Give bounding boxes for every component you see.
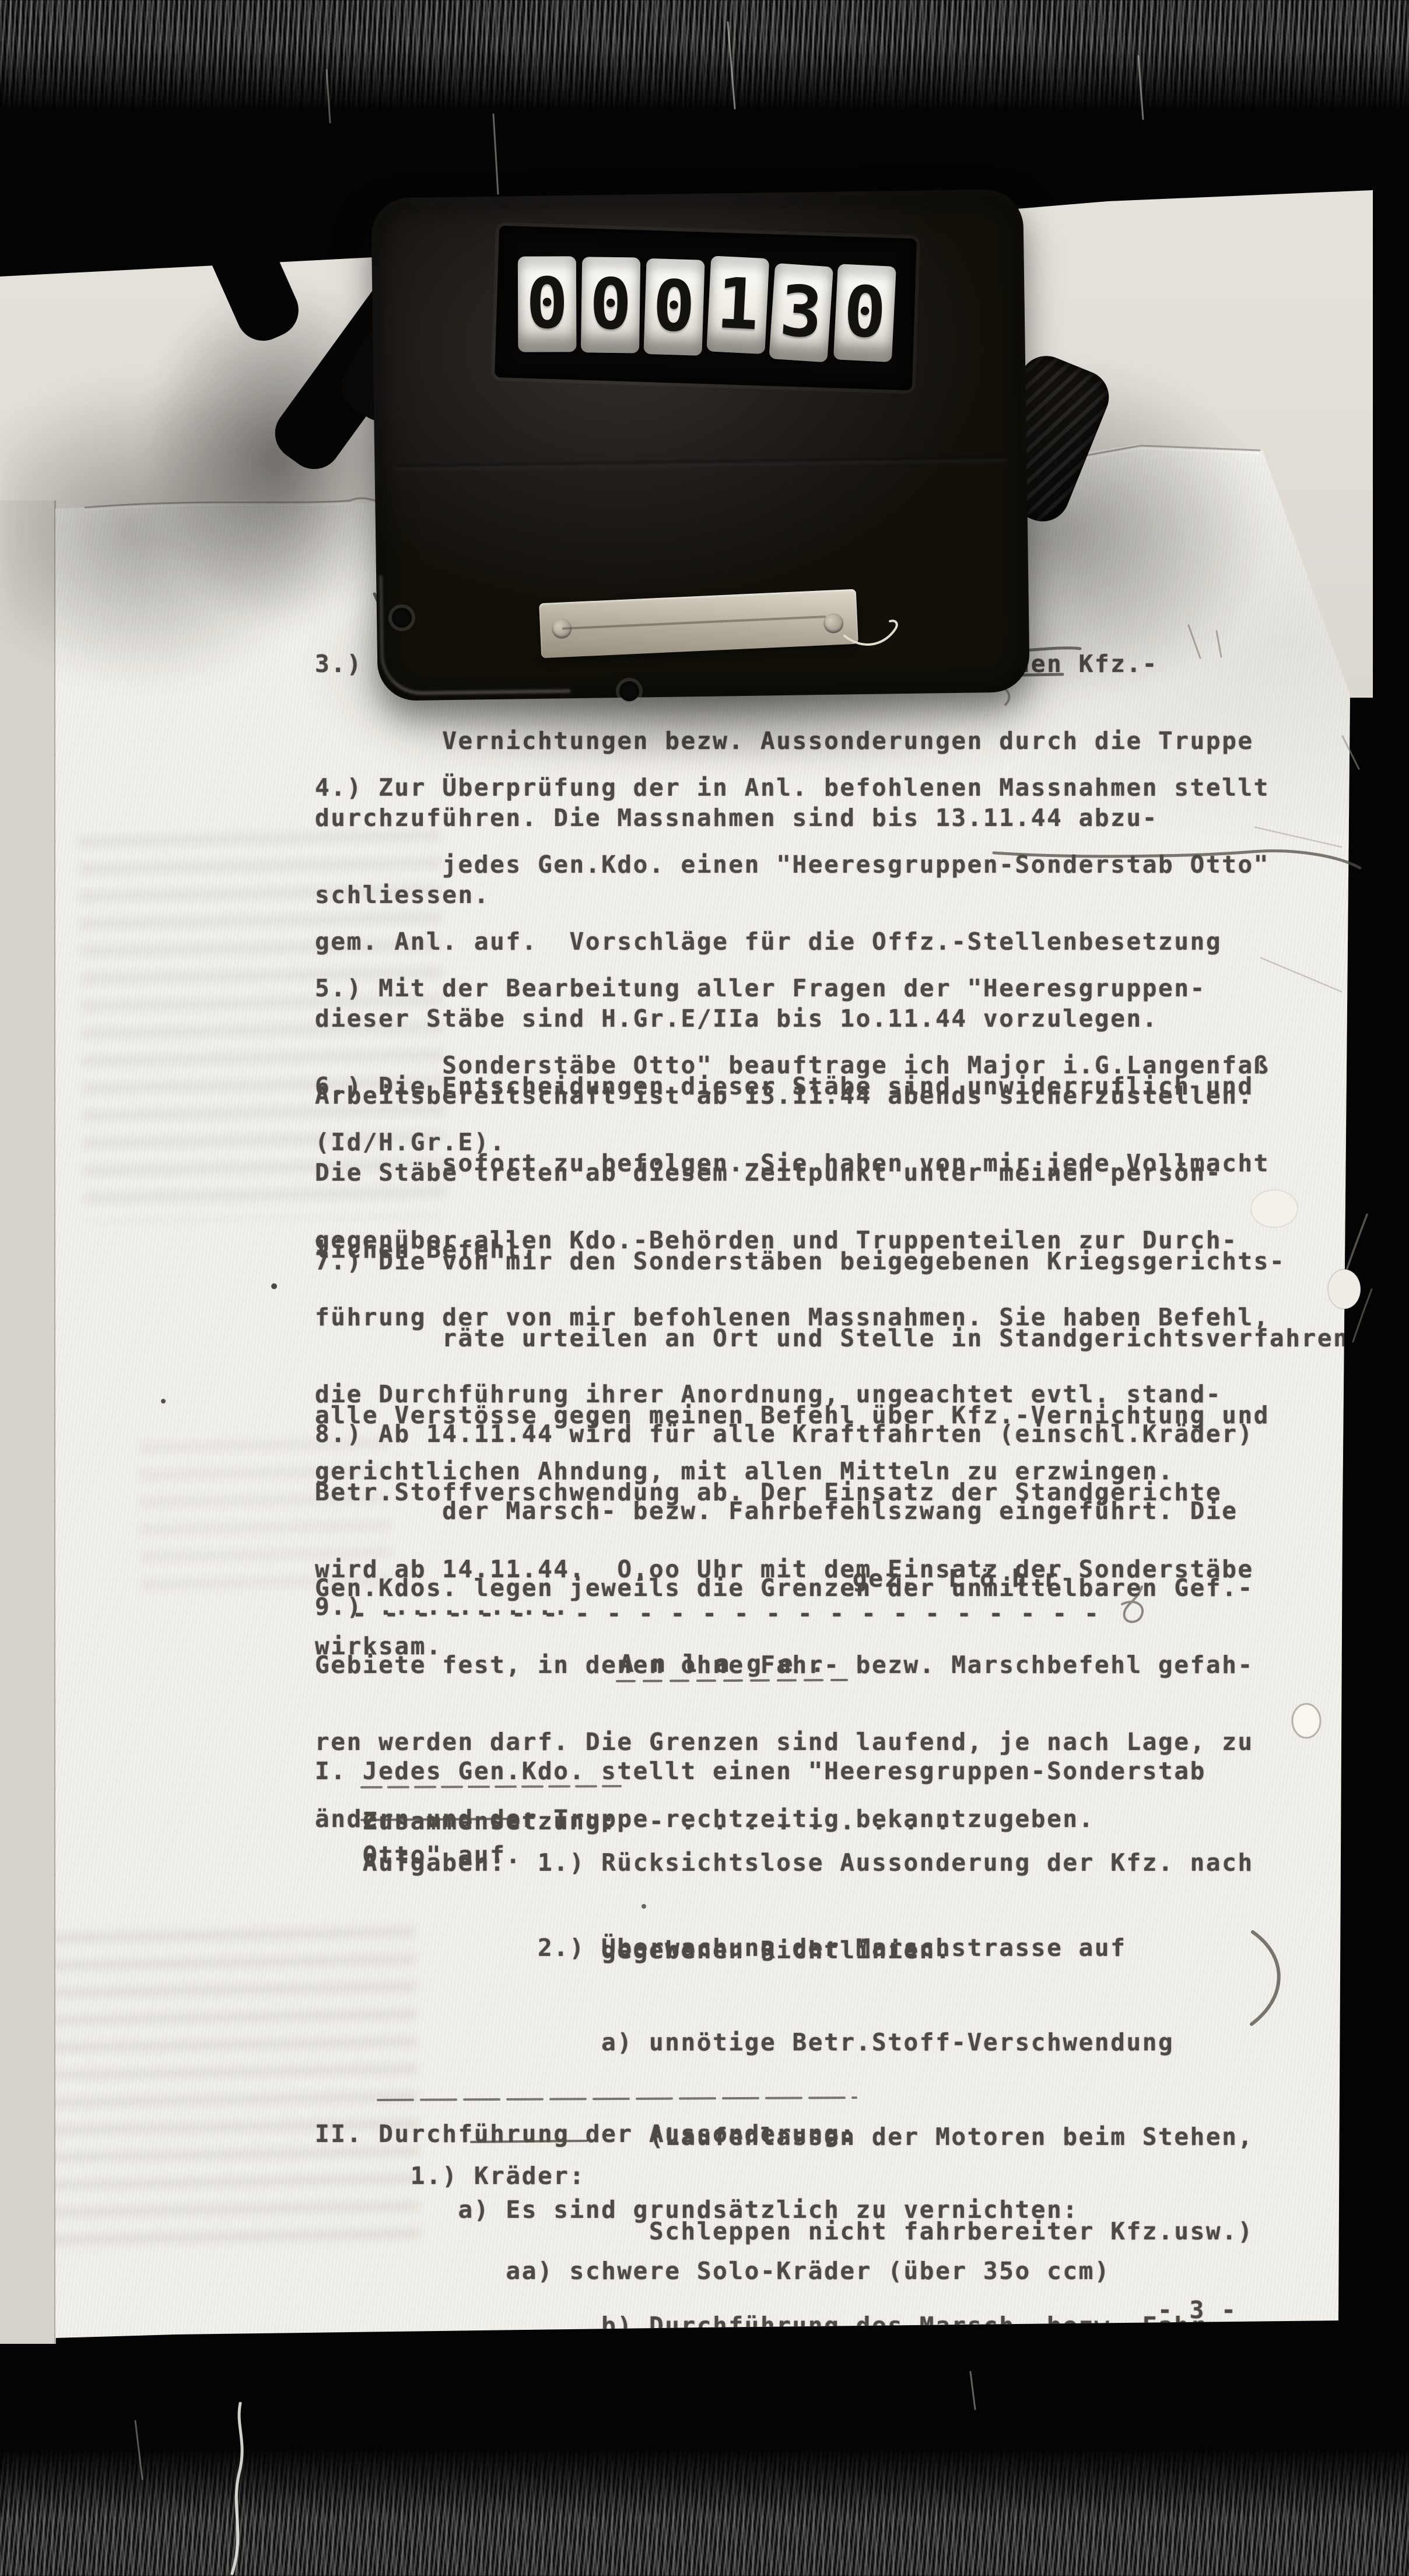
screw-hole [619, 681, 639, 701]
counter-digit: 1 [706, 256, 769, 354]
counter-strap [166, 137, 307, 349]
counter-digit: 0 [833, 264, 896, 362]
counter-digit: 0 [643, 258, 704, 356]
tally-counter: 0 0 0 1 3 0 [0, 0, 1409, 2576]
screw-hole [392, 608, 412, 628]
counter-digit-window: 0 0 0 1 3 0 [495, 226, 917, 390]
counter-digit: 0 [580, 257, 640, 353]
counter-digit: 0 [517, 256, 576, 352]
microfilm-frame: - 2 - 3.) Ab sofort sind die in der Anla… [0, 0, 1409, 2576]
nameplate-screw [823, 613, 844, 634]
counter-digit: 3 [769, 263, 833, 362]
nameplate-screw [551, 618, 572, 639]
